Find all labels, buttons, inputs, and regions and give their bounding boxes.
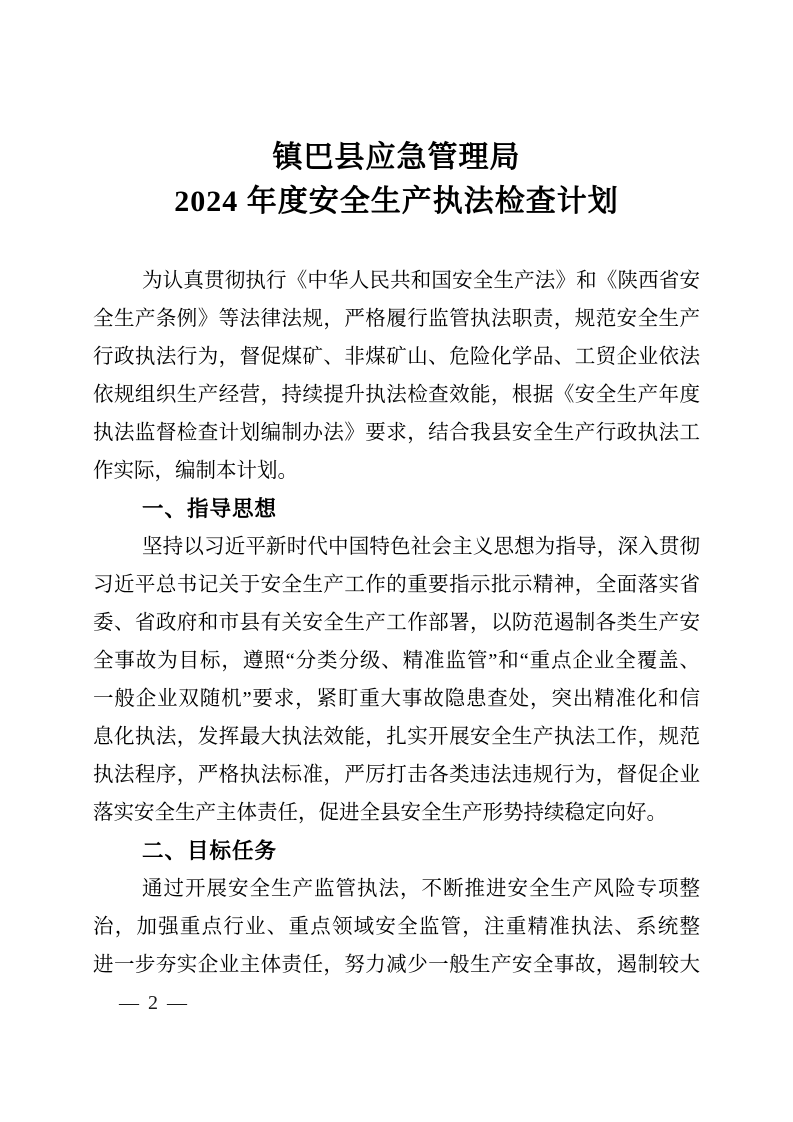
body-line: 执法监督检查计划编制办法》要求，结合我县安全生产行政执法工 xyxy=(93,414,700,452)
document-body: 为认真贯彻执行《中华人民共和国安全生产法》和《陕西省安全生产条例》等法律法规，严… xyxy=(0,262,793,984)
body-line: 通过开展安全生产监管执法，不断推进安全生产风险专项整 xyxy=(93,870,700,908)
body-line: 委、省政府和市县有关安全生产工作部署，以防范遏制各类生产安 xyxy=(93,604,700,642)
document-title-line-2: 2024 年度安全生产执法检查计划 xyxy=(0,180,793,224)
body-line: 坚持以习近平新时代中国特色社会主义思想为指导，深入贯彻 xyxy=(93,528,700,566)
body-line: 一般企业双随机”要求，紧盯重大事故隐患查处，突出精准化和信 xyxy=(93,680,700,718)
body-line: 为认真贯彻执行《中华人民共和国安全生产法》和《陕西省安 xyxy=(93,262,700,300)
page-number: — 2 — xyxy=(119,984,189,1022)
body-line: 作实际，编制本计划。 xyxy=(93,452,700,490)
document-title-line-1: 镇巴县应急管理局 xyxy=(0,136,793,180)
body-line: 全生产条例》等法律法规，严格履行监管执法职责，规范安全生产 xyxy=(93,300,700,338)
body-line: 落实安全生产主体责任，促进全县安全生产形势持续稳定向好。 xyxy=(93,794,700,832)
body-line: 进一步夯实企业主体责任，努力减少一般生产安全事故，遏制较大 xyxy=(93,946,700,984)
body-line: 习近平总书记关于安全生产工作的重要指示批示精神，全面落实省 xyxy=(93,566,700,604)
section-heading: 二、目标任务 xyxy=(93,832,700,870)
body-line: 全事故为目标，遵照“分类分级、精准监管”和“重点企业全覆盖、 xyxy=(93,642,700,680)
body-line: 治，加强重点行业、重点领域安全监管，注重精准执法、系统整治， xyxy=(93,908,700,946)
section-heading: 一、指导思想 xyxy=(93,490,700,528)
document-page: 镇巴县应急管理局 2024 年度安全生产执法检查计划 为认真贯彻执行《中华人民共… xyxy=(0,0,793,1122)
body-line: 依规组织生产经营，持续提升执法检查效能，根据《安全生产年度 xyxy=(93,376,700,414)
body-line: 执法程序，严格执法标准，严厉打击各类违法违规行为，督促企业 xyxy=(93,756,700,794)
body-line: 息化执法，发挥最大执法效能，扎实开展安全生产执法工作，规范 xyxy=(93,718,700,756)
document-title: 镇巴县应急管理局 2024 年度安全生产执法检查计划 xyxy=(0,136,793,224)
body-line: 行政执法行为，督促煤矿、非煤矿山、危险化学品、工贸企业依法 xyxy=(93,338,700,376)
